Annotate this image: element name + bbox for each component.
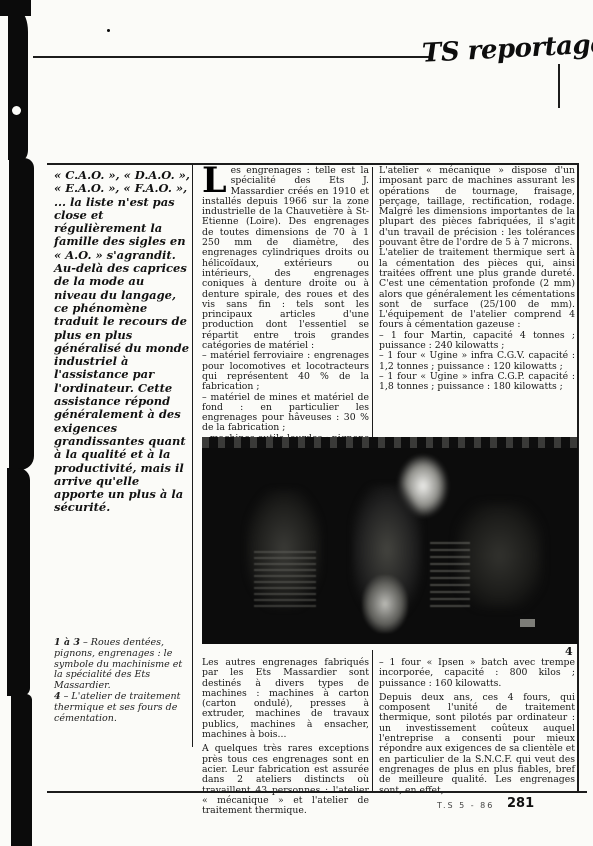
intro-paragraph: « C.A.O. », « D.A.O. », « E.A.O. », « F.… (54, 169, 190, 515)
magazine-section-title: TS reportage (421, 29, 593, 69)
furnace-list-item: – 1 four « Ugine » infra C.G.P. capacité… (379, 372, 575, 393)
other-gears-paragraph: Les autres engrenages fabriqués par les … (202, 658, 369, 740)
binding-shadow-segment (7, 468, 30, 696)
figure-captions: 1 à 3 – Roues dentées, pignons, engrenag… (54, 638, 192, 724)
article-column-right-bottom: – 1 four « Ipsen » batch avec trempe inc… (379, 658, 575, 796)
caption-figure-4: 4 – L'atelier de traitement thermique et… (54, 692, 192, 724)
photo-ceiling-band (202, 437, 578, 448)
furnace-list-item: – 1 four « Ipsen » batch avec trempe inc… (379, 658, 575, 689)
photo-corner-mark (520, 619, 535, 627)
photo-bright-spot (362, 575, 408, 633)
material-list-item: – matériel ferroviaire : engrenages pour… (202, 351, 369, 392)
furnace-list-item: – 1 four Martin, capacité 4 tonnes ; pui… (379, 331, 575, 352)
computer-control-paragraph: Depuis deux ans, ces 4 fours, qui compos… (379, 693, 575, 796)
article-column-right-top: L'atelier « mécanique » dispose d'un imp… (379, 166, 575, 393)
workshop-paragraph: L'atelier « mécanique » dispose d'un imp… (379, 166, 575, 248)
caption-text-4: – L'atelier de traitement thermique et s… (54, 691, 181, 724)
header-tick (558, 64, 560, 108)
article-column-middle-bottom: Les autres engrenages fabriqués par les … (202, 658, 369, 816)
binding-shadow-segment (11, 694, 32, 846)
footer-page-number: 281 (507, 796, 534, 811)
scan-speck (107, 29, 110, 32)
header-rule (33, 56, 429, 58)
caption-figures-1-3: 1 à 3 – Roues dentées, pignons, engrenag… (54, 638, 192, 692)
lead-paragraph-text: es engrenages : telle est la spécialité … (202, 165, 369, 351)
lead-paragraph: Les engrenages : telle est la spécialité… (202, 166, 369, 351)
workshops-paragraph: A quelques très rares exceptions près to… (202, 744, 369, 816)
photo-highlight-texture (254, 549, 316, 607)
binding-shadow-segment (9, 158, 34, 470)
workshop-photo (202, 437, 578, 644)
drop-cap: L (202, 167, 227, 195)
binding-shadow-segment (8, 12, 28, 160)
material-list-item: – matériel de mines et matériel de fond … (202, 393, 369, 434)
magazine-page: { "header": { "title": "TS reportage" },… (0, 0, 593, 846)
article-column-middle-top: Les engrenages : telle est la spécialité… (202, 166, 369, 465)
heat-treatment-paragraph: L'atelier de traitement thermique sert à… (379, 248, 575, 330)
column-rule-right-upper (372, 167, 373, 438)
caption-label-1-3: 1 à 3 (54, 637, 80, 648)
photo-highlight-texture (430, 537, 470, 607)
footer-issue-reference: T.S 5 - 86 (437, 801, 494, 810)
column-rule-left (192, 163, 193, 747)
caption-label-4: 4 (54, 691, 61, 702)
column-rule-right-lower (372, 650, 373, 791)
furnace-list-item: – 1 four « Ugine » infra C.G.V. capacité… (379, 351, 575, 372)
binding-white-notch (12, 106, 21, 115)
